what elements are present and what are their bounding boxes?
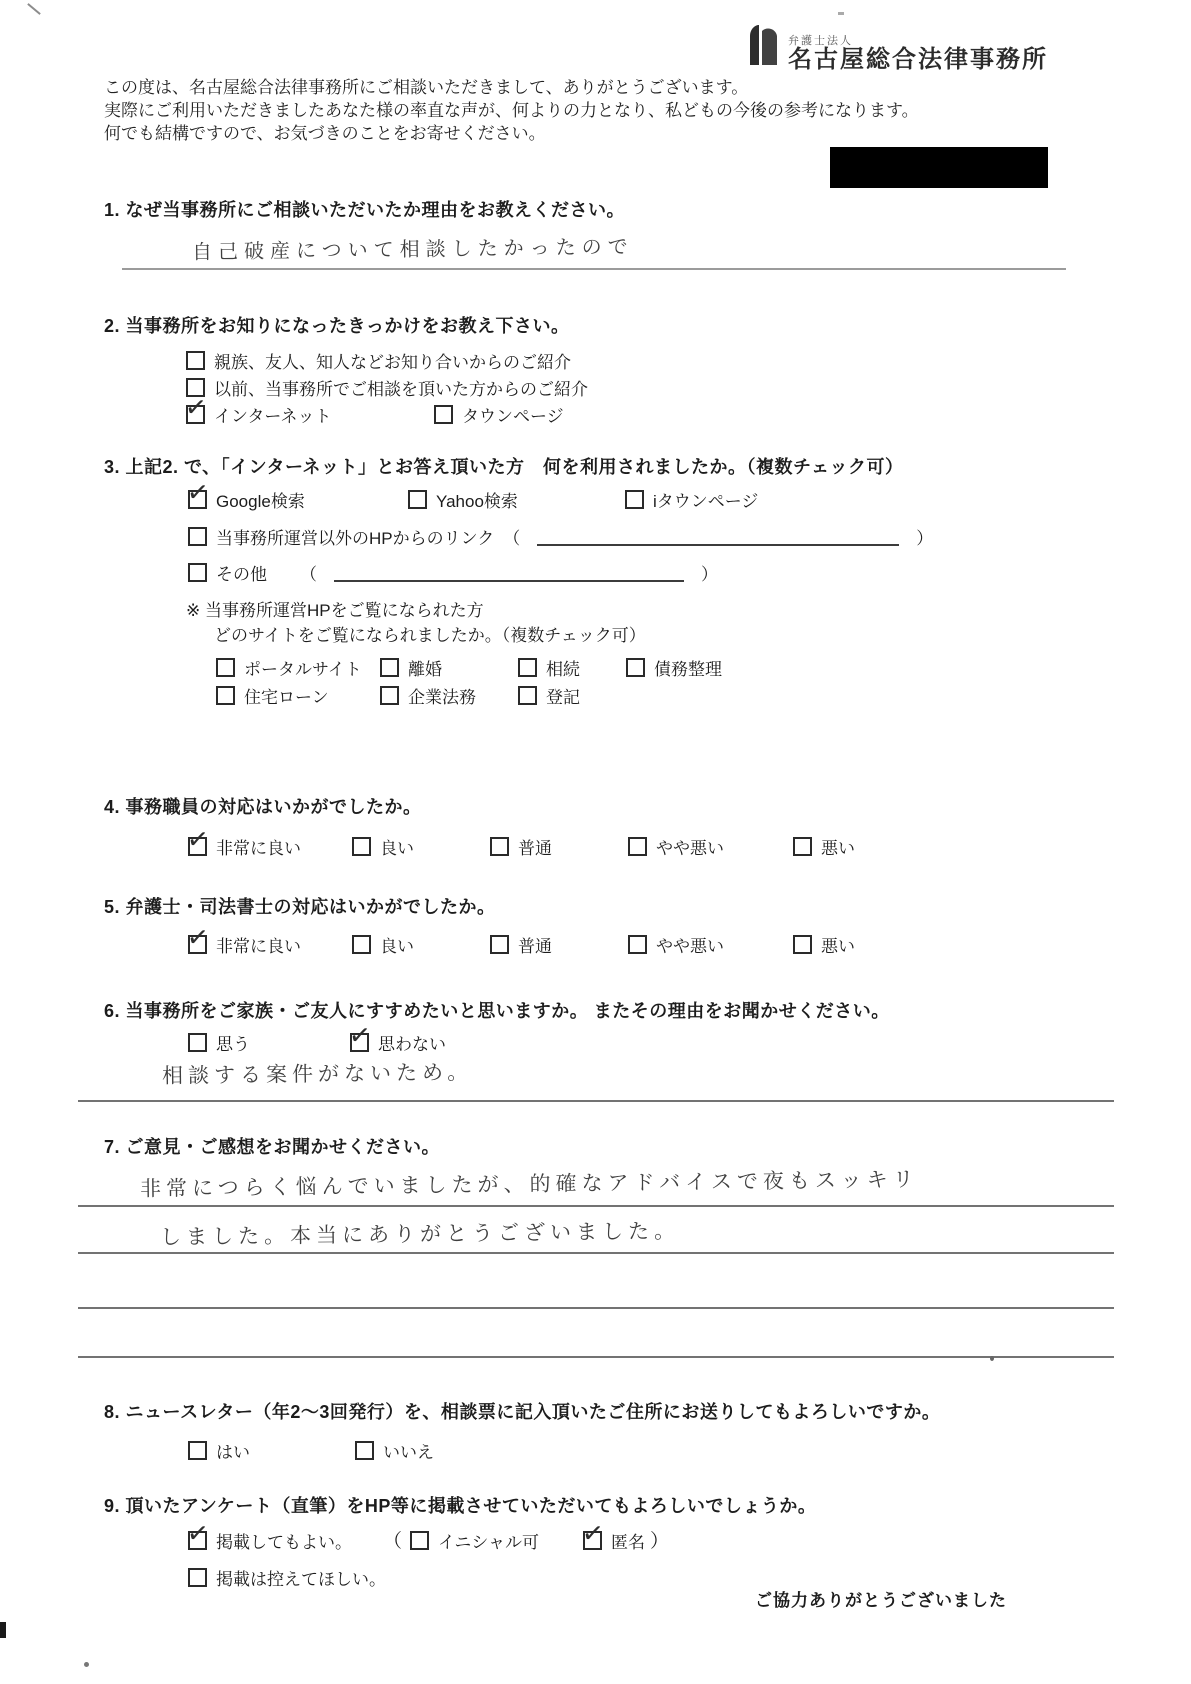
q3-option-google: Google検索 xyxy=(188,487,305,512)
q3-option-external-link: 当事務所運営以外のHPからのリンク （ ） xyxy=(188,524,933,549)
q7-handwritten-answer-line-2: しました。本当にありがとうございました。 xyxy=(160,1215,680,1251)
option-label: 住宅ローン xyxy=(244,683,329,708)
checkbox-icon xyxy=(380,658,399,677)
scan-artifact xyxy=(84,1662,89,1667)
checkbox-icon xyxy=(188,1033,207,1052)
q5-option-very-good: 非常に良い xyxy=(188,932,301,957)
q4-option-row: 非常に良い 良い 普通 やや悪い 悪い xyxy=(0,834,1191,860)
checkbox-icon xyxy=(188,1441,207,1460)
q5-option-good: 良い xyxy=(352,932,414,957)
q3-option-itownpage: iタウンページ xyxy=(625,487,758,512)
q3-site-option-row-2: 住宅ローン 企業法務 登記 xyxy=(0,683,1191,709)
option-label: 思わない xyxy=(378,1030,446,1055)
q3-site-option-registration: 登記 xyxy=(518,683,580,708)
option-label: 掲載は控えてほしい。 xyxy=(216,1565,386,1590)
q3-note-row-1: ※ 当事務所運営HPをご覧になられた方 xyxy=(0,596,1191,622)
firm-name-label: 名古屋総合法律事務所 xyxy=(788,48,1048,73)
redaction-block xyxy=(830,147,1048,188)
q9-option-row-1: 掲載してもよい。 （ イニシャル可 匿名 ） xyxy=(0,1528,1191,1554)
q6-option-recommend: 思う xyxy=(188,1030,250,1055)
checkbox-icon xyxy=(188,490,207,509)
paren-open: （ xyxy=(383,1526,402,1553)
checkbox-icon xyxy=(188,527,207,546)
checkbox-icon xyxy=(188,1531,207,1550)
q3-other-blank-line xyxy=(334,564,684,582)
checkbox-icon xyxy=(434,405,453,424)
footer-thanks-text: ご協力ありがとうございました xyxy=(755,1586,1007,1611)
checkbox-icon xyxy=(490,837,509,856)
checkbox-icon xyxy=(625,490,644,509)
option-label: はい xyxy=(216,1438,250,1463)
option-label: やや悪い xyxy=(656,834,724,859)
question-7-title: 7. ご意見・ご感想をお聞かせください。 xyxy=(104,1133,440,1159)
checkbox-icon xyxy=(583,1531,602,1550)
q3-site-option-row-1: ポータルサイト 離婚 相続 債務整理 xyxy=(0,655,1191,681)
option-label: イニシャル可 xyxy=(438,1528,539,1553)
q8-option-row: はい いいえ xyxy=(0,1438,1191,1464)
scan-artifact xyxy=(0,1622,6,1638)
paren-open: （ xyxy=(300,560,317,585)
checkbox-icon xyxy=(793,935,812,954)
q3-option-row-1: Google検索 Yahoo検索 iタウンページ xyxy=(0,487,1191,513)
question-6-title: 6. 当事務所をご家族・ご友人にすすめたいと思いますか。 またその理由をお聞かせ… xyxy=(104,997,890,1023)
q2-option-row-1: 親族、友人、知人などお知り合いからのご紹介 xyxy=(0,348,1191,374)
option-label: Google検索 xyxy=(216,487,305,512)
q3-note-line-2: どのサイトをご覧になられましたか。（複数チェック可） xyxy=(214,621,646,646)
option-label: 離婚 xyxy=(408,655,442,680)
checkbox-icon xyxy=(518,686,537,705)
q6-handwritten-answer: 相談する案件がないため。 xyxy=(162,1056,474,1090)
checkbox-icon xyxy=(628,935,647,954)
question-8-title: 8. ニュースレター（年2～3回発行）を、相談票に記入頂いたご住所にお送りしても… xyxy=(104,1398,940,1424)
option-label: その他 xyxy=(216,560,267,585)
option-label: 悪い xyxy=(821,834,855,859)
q5-option-normal: 普通 xyxy=(490,932,552,957)
q4-option-somewhat-bad: やや悪い xyxy=(628,834,724,859)
option-label: 親族、友人、知人などお知り合いからのご紹介 xyxy=(214,348,571,373)
q5-option-somewhat-bad: やや悪い xyxy=(628,932,724,957)
question-9-title: 9. 頂いたアンケート（直筆）をHP等に掲載させていただいてもよろしいでしょうか… xyxy=(104,1492,816,1518)
q2-option-referral-acquaintance: 親族、友人、知人などお知り合いからのご紹介 xyxy=(186,348,571,373)
checkbox-icon xyxy=(216,686,235,705)
checkbox-icon xyxy=(793,837,812,856)
q3-site-option-debt: 債務整理 xyxy=(626,655,722,680)
q6-option-row: 思う 思わない xyxy=(0,1030,1191,1056)
q4-option-good: 良い xyxy=(352,834,414,859)
q4-option-normal: 普通 xyxy=(490,834,552,859)
q3-note-line-1: ※ 当事務所運営HPをご覧になられた方 xyxy=(186,596,484,621)
intro-line-1: この度は、名古屋総合法律事務所にご相談いただきまして、ありがとうございます。 xyxy=(104,76,1024,99)
option-label: いいえ xyxy=(383,1438,434,1463)
checkbox-icon xyxy=(350,1033,369,1052)
option-label: やや悪い xyxy=(656,932,724,957)
q1-handwritten-answer: 自己破産について相談したかったので xyxy=(192,230,634,264)
q7-handwritten-answer-line-1: 非常につらく悩んでいましたが、的確なアドバイスで夜もスッキリ xyxy=(140,1163,919,1203)
firm-logo-text: 弁護士法人 名古屋総合法律事務所 xyxy=(788,36,1048,73)
firm-logo-icon xyxy=(746,22,780,73)
option-label: 企業法務 xyxy=(408,683,476,708)
checkbox-icon xyxy=(188,563,207,582)
checkbox-icon xyxy=(408,490,427,509)
intro-paragraph: この度は、名古屋総合法律事務所にご相談いただきまして、ありがとうございます。 実… xyxy=(104,76,1024,145)
intro-line-2: 実際にご利用いただきましたあなた様の率直な声が、何よりの力となり、私どもの今後の… xyxy=(104,99,1024,122)
checkbox-icon xyxy=(410,1531,429,1550)
checkbox-icon xyxy=(490,935,509,954)
checkbox-icon xyxy=(352,935,371,954)
paren-close: ） xyxy=(701,560,718,585)
q5-option-row: 非常に良い 良い 普通 やや悪い 悪い xyxy=(0,932,1191,958)
option-label: 当事務所運営以外のHPからのリンク xyxy=(216,524,494,549)
scan-artifact xyxy=(27,3,41,15)
q3-site-option-portal: ポータルサイト xyxy=(216,655,362,680)
intro-line-3: 何でも結構ですので、お気づきのことをお寄せください。 xyxy=(104,122,1024,145)
q3-option-row-link: 当事務所運営以外のHPからのリンク （ ） xyxy=(0,524,1191,550)
paren-open: （ xyxy=(503,524,520,549)
question-2-title: 2. 当事務所をお知りになったきっかけをお教え下さい。 xyxy=(104,312,570,338)
paren-close: ） xyxy=(916,524,933,549)
checkbox-icon xyxy=(186,405,205,424)
option-label: 匿名 xyxy=(611,1528,645,1553)
question-5-title: 5. 弁護士・司法書士の対応はいかがでしたか。 xyxy=(104,893,496,919)
checkbox-icon xyxy=(352,837,371,856)
q9-option-initials-ok: イニシャル可 xyxy=(410,1528,539,1553)
checkbox-icon xyxy=(518,658,537,677)
option-label: iタウンページ xyxy=(653,487,758,512)
option-label: 良い xyxy=(380,932,414,957)
question-4-title: 4. 事務職員の対応はいかがでしたか。 xyxy=(104,793,422,819)
option-label: ポータルサイト xyxy=(244,655,362,680)
option-label: 掲載してもよい。 xyxy=(216,1528,352,1553)
q2-option-internet: インターネット xyxy=(186,402,331,427)
q1-answer-line xyxy=(122,268,1066,270)
scan-artifact xyxy=(838,12,844,15)
q3-option-row-other: その他 （ ） xyxy=(0,560,1191,586)
option-label: インターネット xyxy=(214,402,331,427)
checkbox-icon xyxy=(216,658,235,677)
option-label: タウンページ xyxy=(462,402,564,427)
q7-answer-line-1 xyxy=(78,1205,1114,1207)
option-label: 非常に良い xyxy=(216,834,301,859)
q9-option-row-2: 掲載は控えてほしい。 xyxy=(0,1565,1191,1591)
checkbox-icon xyxy=(188,935,207,954)
q3-site-option-homeloan: 住宅ローン xyxy=(216,683,329,708)
option-label: 普通 xyxy=(518,932,552,957)
checkbox-icon xyxy=(628,837,647,856)
question-3-title: 3. 上記2. で、「インターネット」とお答え頂いた方 何を利用されましたか。（… xyxy=(104,453,904,479)
option-label: 悪い xyxy=(821,932,855,957)
q8-option-no: いいえ xyxy=(355,1438,434,1463)
checkbox-icon xyxy=(188,1568,207,1587)
option-label: 良い xyxy=(380,834,414,859)
paren-close: ） xyxy=(650,1526,669,1553)
option-label: 債務整理 xyxy=(654,655,722,680)
q7-answer-line-2 xyxy=(78,1252,1114,1254)
q2-option-townpage: タウンページ xyxy=(434,402,564,427)
q7-answer-line-4 xyxy=(78,1356,1114,1358)
question-1-title: 1. なぜ当事務所にご相談いただいたか理由をお教えください。 xyxy=(104,196,625,222)
checkbox-icon xyxy=(355,1441,374,1460)
q7-answer-line-3 xyxy=(78,1307,1114,1309)
q9-option-anonymous: 匿名 xyxy=(583,1528,645,1553)
option-label: Yahoo検索 xyxy=(436,487,518,512)
q2-option-row-2: 以前、当事務所でご相談を頂いた方からのご紹介 xyxy=(0,375,1191,401)
scan-artifact xyxy=(990,1356,994,1361)
q9-option-refuse-publish: 掲載は控えてほしい。 xyxy=(188,1565,386,1590)
checkbox-icon xyxy=(188,837,207,856)
q3-site-option-inheritance: 相続 xyxy=(518,655,580,680)
option-label: 非常に良い xyxy=(216,932,301,957)
q6-option-not-recommend: 思わない xyxy=(350,1030,446,1055)
q2-option-row-3: インターネット タウンページ xyxy=(0,402,1191,428)
q6-answer-line xyxy=(78,1100,1114,1102)
checkbox-icon xyxy=(186,351,205,370)
q4-option-very-good: 非常に良い xyxy=(188,834,301,859)
checkbox-icon xyxy=(626,658,645,677)
q3-option-other: その他 （ ） xyxy=(188,560,718,585)
q9-option-allow-publish: 掲載してもよい。 xyxy=(188,1528,352,1553)
option-label: 相続 xyxy=(546,655,580,680)
q3-site-option-corporate: 企業法務 xyxy=(380,683,476,708)
q4-option-bad: 悪い xyxy=(793,834,855,859)
q8-option-yes: はい xyxy=(188,1438,250,1463)
q3-link-blank-line xyxy=(537,528,899,546)
q5-option-bad: 悪い xyxy=(793,932,855,957)
scanned-survey-form: 弁護士法人 名古屋総合法律事務所 この度は、名古屋総合法律事務所にご相談いただき… xyxy=(0,0,1191,1684)
option-label: 登記 xyxy=(546,683,580,708)
option-label: 普通 xyxy=(518,834,552,859)
q3-note-row-2: どのサイトをご覧になられましたか。（複数チェック可） xyxy=(0,621,1191,647)
option-label: 思う xyxy=(216,1030,250,1055)
checkbox-icon xyxy=(380,686,399,705)
q3-site-option-divorce: 離婚 xyxy=(380,655,442,680)
q2-option-referral-past-client: 以前、当事務所でご相談を頂いた方からのご紹介 xyxy=(186,375,588,400)
option-label: 以前、当事務所でご相談を頂いた方からのご紹介 xyxy=(214,375,588,400)
firm-logo: 弁護士法人 名古屋総合法律事務所 xyxy=(746,22,1048,73)
q3-option-yahoo: Yahoo検索 xyxy=(408,487,518,512)
